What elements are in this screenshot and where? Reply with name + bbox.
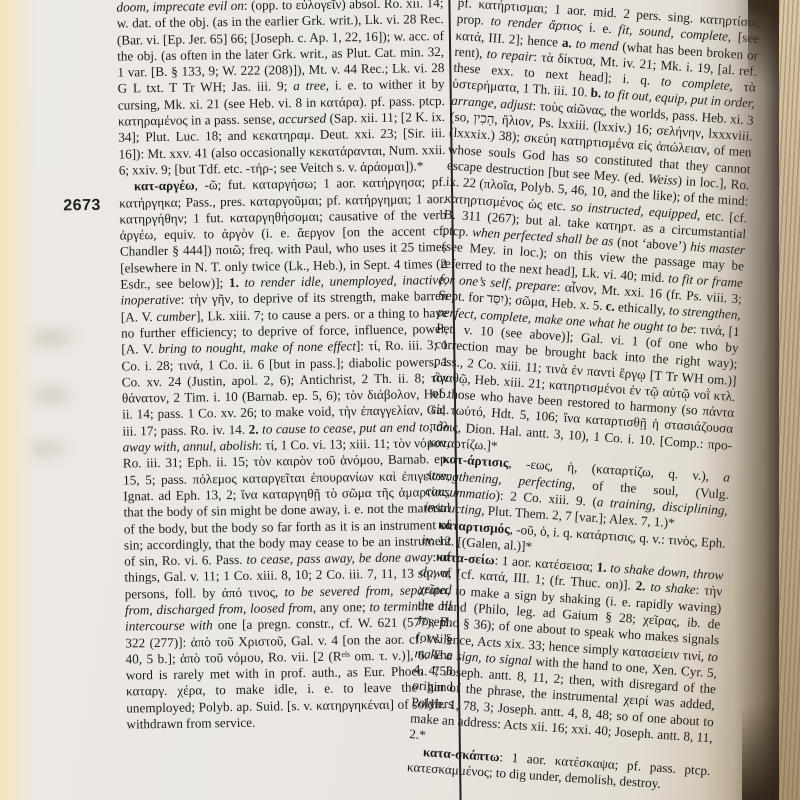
text-run: to mend bbox=[571, 35, 619, 53]
page-sheet: 2673 doom, imprecate evil on: (opp. to ε… bbox=[112, 0, 783, 800]
left-text-column: doom, imprecate evil on: (opp. to εὐλογε… bbox=[116, 0, 453, 733]
bottom-right-corner-shadow bbox=[742, 680, 784, 800]
right-text-column: pf. κατήρτισμαι; 1 aor. mid. 2 pers. sin… bbox=[407, 0, 761, 795]
text-run: , any one; bbox=[313, 599, 370, 615]
text-run: with the hand to one, Xen. Cyr. 5, 4, 4;… bbox=[409, 653, 718, 745]
text-run: i. e. bbox=[582, 19, 619, 36]
text-run: his master bbox=[690, 239, 746, 258]
text-run: Weiss bbox=[648, 171, 678, 188]
text-run: to repair bbox=[486, 46, 534, 64]
text-run: accursed bbox=[278, 111, 326, 127]
text-run: ethically, bbox=[614, 299, 669, 318]
text-run: : τοὺς αἰῶνας, the worlds, pass. Heb. xi… bbox=[447, 98, 755, 186]
margin-strongs-number: 2673 bbox=[63, 197, 101, 216]
text-run: 2. bbox=[249, 421, 259, 436]
text-run: : τί, 1 Co. vi. 13; xiii. 11; τὸν νόμον,… bbox=[123, 435, 451, 569]
lexicon-paragraph: pf. κατήρτισμαι; 1 aor. mid. 2 pers. sin… bbox=[428, 0, 761, 470]
text-run: 1. bbox=[229, 275, 239, 290]
lexicon-paragraph: κατα-σείω: 1 aor. κατέσεισα; 1. to shake… bbox=[409, 548, 724, 763]
text-run: doom, imprecate evil on bbox=[116, 0, 244, 15]
lexicon-paragraph: κατ-αργέω, -ῶ; fut. καταργήσω; 1 aor. κα… bbox=[119, 174, 454, 733]
text-run: cumber bbox=[156, 308, 196, 324]
text-run: : τινά, [1 Pet. v. 10 (see above)]; Gal.… bbox=[428, 320, 740, 453]
book-page-photo: 2673 doom, imprecate evil on: (opp. to ε… bbox=[0, 0, 800, 800]
lexicon-paragraph: doom, imprecate evil on: (opp. to εὐλογε… bbox=[116, 0, 445, 179]
page-left-edge-highlight bbox=[0, 0, 38, 800]
text-run: to cease, pass away, be done away bbox=[246, 549, 432, 567]
text-run: κατ-αργέω bbox=[134, 178, 195, 194]
text-run: bring to nought, make of none effect bbox=[158, 339, 356, 357]
book-fore-edge-pages bbox=[779, 0, 800, 800]
text-run: to shake bbox=[645, 579, 696, 597]
text-run: a tree bbox=[293, 78, 326, 93]
